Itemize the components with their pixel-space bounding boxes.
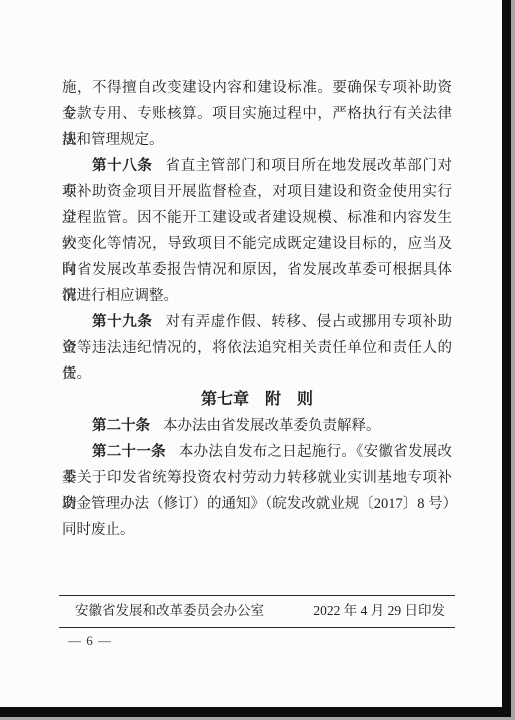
article-number: 第十八条 [92, 158, 152, 174]
page-number: — 6 — [68, 630, 112, 652]
document-line: 资金管理办法（修订）的通知》（皖发改就业规〔2017〕8 号） [62, 491, 452, 517]
scanned-document-screenshot: { "document": { "body_lines": [ { "t": "… [0, 0, 515, 720]
line-text: 况进行相应调整。 [62, 288, 178, 304]
document-line: 第二十条本办法由省发展改革委负责解释。 [62, 413, 452, 439]
chapter-heading: 第七章 附 则 [62, 387, 452, 413]
document-line: 况进行相应调整。 [62, 283, 452, 309]
article-number: 第二十一条 [92, 444, 166, 460]
document-line: 过程监管。因不能开工建设或者建设规模、标准和内容发生较 [62, 205, 452, 231]
footer-print-date: 2022 年 4 月 29 日印发 [313, 597, 445, 625]
document-line: 向省发展改革委报告情况和原因，省发展改革委可根据具体情 [62, 257, 452, 283]
document-footer: 安徽省发展和改革委员会办公室 2022 年 4 月 29 日印发 [59, 597, 455, 625]
article-number: 第十九条 [92, 314, 152, 330]
footer-rule-top [59, 595, 455, 596]
document-body: 施，不得擅自改变建设内容和建设标准。要确保专项补助资金专款专用、专账核算。项目实… [62, 75, 452, 543]
document-line: 第十八条省直主管部门和项目所在地发展改革部门对专 [62, 153, 452, 179]
document-line: 任。 [62, 361, 452, 387]
document-line: 施，不得擅自改变建设内容和建设标准。要确保专项补助资金 [62, 75, 452, 101]
footer-issuer: 安徽省发展和改革委员会办公室 [75, 597, 264, 625]
document-line: 专款专用、专账核算。项目实施过程中，严格执行有关法律法 [62, 101, 452, 127]
document-line: 金等违法违纪情况的，将依法追究相关责任单位和责任人的责 [62, 335, 452, 361]
line-text: 本办法由省发展改革委负责解释。 [163, 418, 381, 434]
line-text: 任。 [62, 366, 91, 382]
document-line: 第十九条对有弄虚作假、转移、侵占或挪用专项补助资 [62, 309, 452, 335]
article-number: 第二十条 [92, 418, 150, 434]
document-line: 大变化等情况，导致项目不能完成既定建设目标的，应当及时 [62, 231, 452, 257]
document-line: 第二十一条本办法自发布之日起施行。《安徽省发展改革 [62, 439, 452, 465]
document-line: 委关于印发省统筹投资农村劳动力转移就业实训基地专项补助 [62, 465, 452, 491]
document-line: 项补助资金项目开展监督检查，对项目建设和资金使用实行全 [62, 179, 452, 205]
line-text: 规和管理规定。 [62, 132, 164, 148]
line-text: 资金管理办法（修订）的通知》（皖发改就业规〔2017〕8 号） [62, 496, 457, 512]
line-text: 第七章 附 则 [201, 391, 313, 408]
line-text: 同时废止。 [62, 522, 135, 538]
document-line: 规和管理规定。 [62, 127, 452, 153]
footer-rule-bottom [59, 627, 455, 628]
document-line: 同时废止。 [62, 517, 452, 543]
document-page: 施，不得擅自改变建设内容和建设标准。要确保专项补助资金专款专用、专账核算。项目实… [0, 0, 502, 707]
